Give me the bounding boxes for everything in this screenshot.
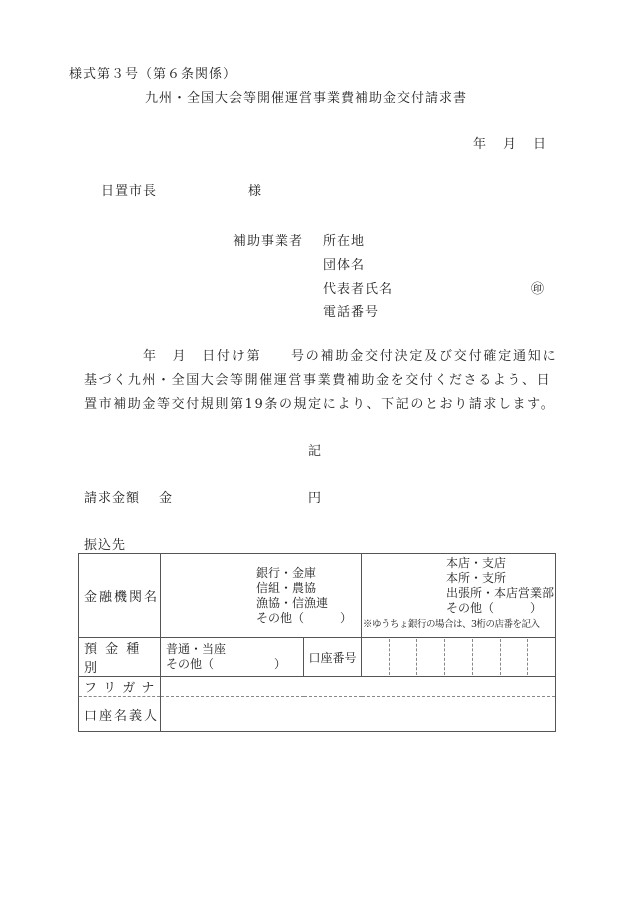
addressee-honorific: 様	[248, 185, 261, 198]
document-title: 九州・全国大会等開催運営事業費補助金交付請求書	[145, 92, 467, 105]
digit-box[interactable]	[527, 639, 555, 675]
body-line-1: 年 月 日付け第 号の補助金交付決定及び交付確定通知に	[143, 350, 557, 363]
deposit-type-label: 預 金 種 別	[79, 638, 161, 677]
field-representative: 代表者氏名	[323, 283, 393, 296]
institution-type-fishery: 漁協・信漁連	[256, 596, 361, 611]
field-address: 所在地	[323, 235, 365, 248]
deposit-type-other: その他（ ）	[166, 657, 303, 672]
request-amount-prefix: 金	[159, 492, 172, 505]
branch-type-main: 本店・支店	[446, 556, 555, 571]
institution-type-other: その他（ ）	[256, 611, 361, 626]
body-line-2: 基づく九州・全国大会等開催運営事業費補助金を交付くださるよう、日	[84, 374, 551, 387]
seal-icon: ㊞	[531, 283, 544, 296]
transfer-to-label: 振込先	[84, 539, 126, 552]
form-number: 様式第３号（第６条関係）	[69, 68, 237, 81]
account-number-label: 口座番号	[304, 638, 362, 677]
account-holder-input[interactable]	[161, 697, 556, 732]
digit-box[interactable]	[472, 639, 500, 675]
digit-box[interactable]	[389, 639, 417, 675]
digit-box[interactable]	[500, 639, 528, 675]
digit-box[interactable]	[362, 639, 389, 675]
branch-type-other: その他（ ）	[446, 601, 555, 616]
addressee-name: 日置市長	[101, 185, 157, 198]
digit-box[interactable]	[444, 639, 472, 675]
account-number-input[interactable]	[362, 638, 556, 677]
furigana-input[interactable]	[161, 677, 556, 697]
institution-type-credit: 信組・農協	[256, 581, 361, 596]
date-day: 日	[533, 138, 546, 151]
furigana-label: フ リ ガ ナ	[79, 677, 161, 697]
applicant-label: 補助事業者	[233, 235, 303, 248]
deposit-type-ordinary: 普通・当座	[166, 642, 303, 657]
yucho-note: ※ゆうちょ銀行の場合は、3桁の店番を記入	[362, 616, 555, 630]
field-phone: 電話番号	[323, 306, 379, 319]
bank-account-table: 金融機関名 銀行・金庫 信組・農協 漁協・信漁連 その他（ ） 本店・支店 本所…	[78, 553, 556, 732]
field-organization: 団体名	[323, 259, 365, 272]
institution-cell[interactable]: 銀行・金庫 信組・農協 漁協・信漁連 その他（ ）	[161, 554, 362, 638]
account-holder-label: 口座名義人	[79, 697, 161, 732]
body-line-3: 置市補助金等交付規則第19条の規定により、下記のとおり請求します。	[84, 398, 555, 411]
request-amount-label: 請求金額	[84, 492, 140, 505]
branch-type-office: 本所・支所	[446, 571, 555, 586]
request-amount-unit: 円	[308, 492, 321, 505]
ki-label: 記	[308, 445, 321, 458]
institution-type-bank: 銀行・金庫	[256, 566, 361, 581]
date-year: 年	[473, 138, 486, 151]
deposit-type-cell[interactable]: 普通・当座 その他（ ）	[161, 638, 304, 677]
branch-cell[interactable]: 本店・支店 本所・支所 出張所・本店営業部 その他（ ） ※ゆうちょ銀行の場合は…	[362, 554, 556, 638]
institution-label: 金融機関名	[79, 554, 161, 638]
date-month: 月	[503, 138, 516, 151]
digit-box[interactable]	[416, 639, 444, 675]
branch-type-sub: 出張所・本店営業部	[446, 586, 555, 601]
